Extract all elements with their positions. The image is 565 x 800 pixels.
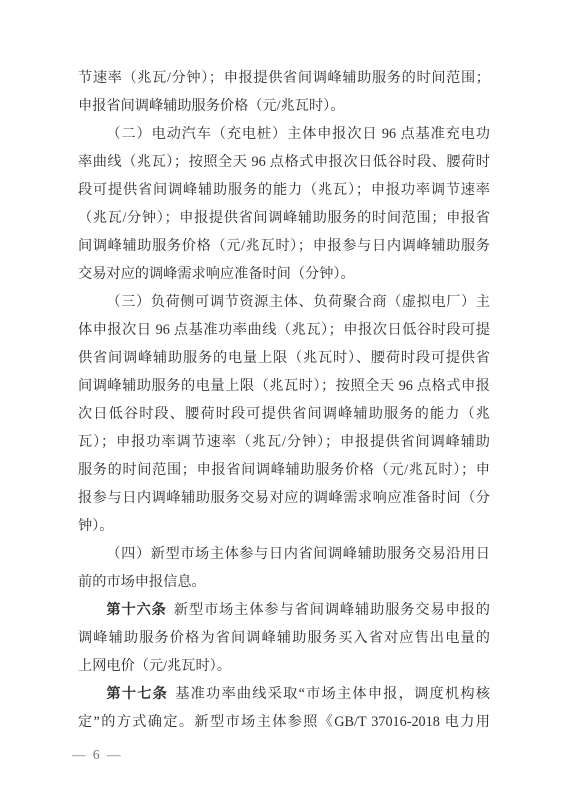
text-line: （二）电动汽车（充电桩）主体申报次日 96 点基准充电功 — [78, 120, 490, 148]
text-line: （兆瓦/分钟）；申报提供省间调峰辅助服务的时间范围；申报省 — [78, 204, 490, 232]
text-line: 体申报次日 96 点基准功率曲线（兆瓦）；申报次日低谷时段可提 — [78, 316, 490, 344]
text-block: 节速率（兆瓦/分钟）；申报提供省间调峰辅助服务的时间范围；申报省间调峰辅助服务价… — [78, 64, 490, 736]
article-number: 第十七条 — [106, 686, 168, 702]
text-line: 钟）。 — [78, 512, 490, 540]
text-line: 前的市场申报信息。 — [78, 568, 490, 596]
text-line: 上网电价（元/兆瓦时）。 — [78, 652, 490, 680]
text-line: 第十七条基准功率曲线采取“市场主体申报，调度机构核 — [78, 680, 490, 708]
article-number: 第十六条 — [106, 602, 166, 618]
text-line: 间调峰辅助服务的电量上限（兆瓦时）；按照全天 96 点格式申报 — [78, 372, 490, 400]
page-number-footer: — 6 — — [72, 746, 123, 764]
text-line: 次日低谷时段、腰荷时段可提供省间调峰辅助服务的能力（兆 — [78, 400, 490, 428]
text-line: 调峰辅助服务价格为省间调峰辅助服务买入省对应售出电量的 — [78, 624, 490, 652]
text-line: 段可提供省间调峰辅助服务的能力（兆瓦）；申报功率调节速率 — [78, 176, 490, 204]
text-line: 定”的方式确定。新型市场主体参照《GB/T 37016-2018 电力用 — [78, 708, 490, 736]
text-line: 第十六条新型市场主体参与省间调峰辅助服务交易申报的 — [78, 596, 490, 624]
text-line: 申报省间调峰辅助服务价格（元/兆瓦时）。 — [78, 92, 490, 120]
text-line: 报参与日内调峰辅助服务交易对应的调峰需求响应准备时间（分 — [78, 484, 490, 512]
text-line: 瓦）；申报功率调节速率（兆瓦/分钟）；申报提供省间调峰辅助 — [78, 428, 490, 456]
text-line: （三）负荷侧可调节资源主体、负荷聚合商（虚拟电厂）主 — [78, 288, 490, 316]
text-line: （四）新型市场主体参与日内省间调峰辅助服务交易沿用日 — [78, 540, 490, 568]
text-line: 间调峰辅助服务价格（元/兆瓦时）；申报参与日内调峰辅助服务 — [78, 232, 490, 260]
text-line: 率曲线（兆瓦）；按照全天 96 点格式申报次日低谷时段、腰荷时 — [78, 148, 490, 176]
text-line: 服务的时间范围；申报省间调峰辅助服务价格（元/兆瓦时）；申 — [78, 456, 490, 484]
text-line: 交易对应的调峰需求响应准备时间（分钟）。 — [78, 260, 490, 288]
text-line: 节速率（兆瓦/分钟）；申报提供省间调峰辅助服务的时间范围； — [78, 64, 490, 92]
document-page: 节速率（兆瓦/分钟）；申报提供省间调峰辅助服务的时间范围；申报省间调峰辅助服务价… — [0, 0, 565, 800]
text-line: 供省间调峰辅助服务的电量上限（兆瓦时）、腰荷时段可提供省 — [78, 344, 490, 372]
